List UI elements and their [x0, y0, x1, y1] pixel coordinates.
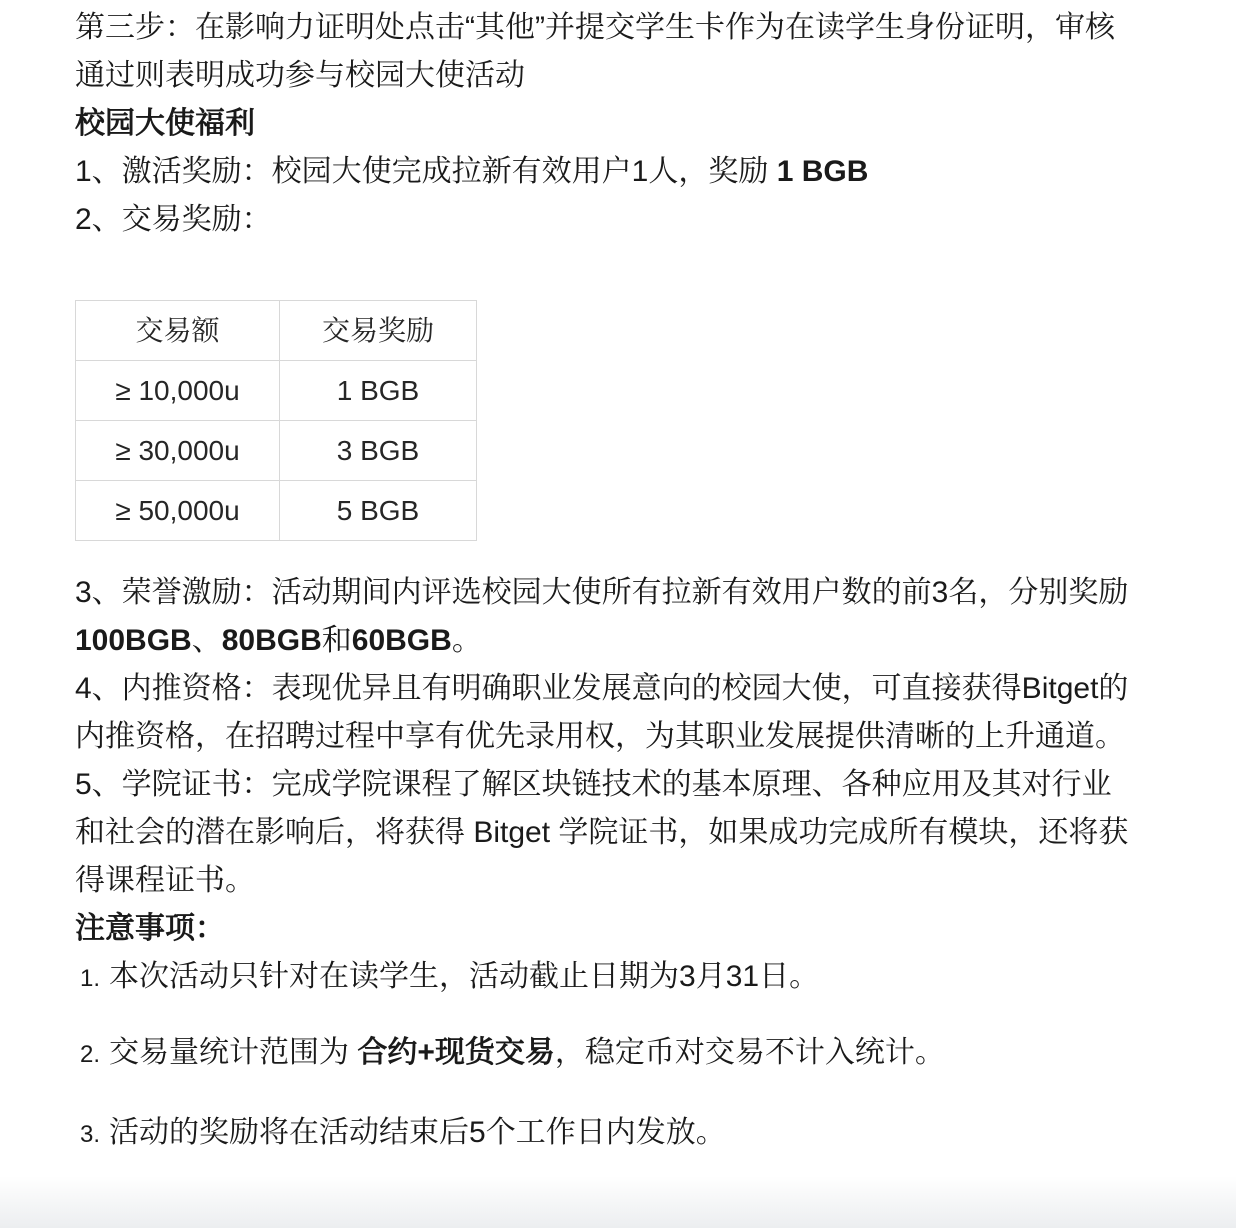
bold-text: 80BGB — [222, 624, 322, 657]
note-item-2: 2.交易量统计范围为 合约+现货交易，稳定币对交易不计入统计。 — [75, 1029, 1140, 1079]
bold-text: 1 BGB — [777, 155, 869, 188]
text: 和 — [322, 624, 352, 657]
paragraph-step3: 第三步：在影响力证明处点击“其他”并提交学生卡作为在读学生身份证明，审核通过则表… — [75, 4, 1140, 100]
bottom-gradient — [0, 1176, 1236, 1228]
benefit-item-honor: 3、荣誉激励：活动期间内评选校园大使所有拉新有效用户数的前3名，分别奖励100B… — [75, 569, 1140, 665]
text: 本次活动只针对在读学生，活动截止日期为3月31日。 — [109, 960, 819, 993]
table-cell-reward: 1 BGB — [280, 361, 477, 421]
bold-text: 合约+现货交易 — [357, 1036, 555, 1069]
note-number: 3. — [80, 1111, 109, 1159]
text: 交易量统计范围为 — [109, 1036, 357, 1069]
text: ，稳定币对交易不计入统计。 — [555, 1036, 945, 1069]
table-row: ≥ 50,000u 5 BGB — [76, 481, 477, 541]
benefits-heading: 校园大使福利 — [75, 100, 1140, 148]
text: 1、激活奖励：校园大使完成拉新有效用户1人，奖励 — [75, 155, 777, 188]
note-text: 交易量统计范围为 合约+现货交易，稳定币对交易不计入统计。 — [109, 1036, 945, 1069]
benefit-item-referral: 4、内推资格：表现优异且有明确职业发展意向的校园大使，可直接获得Bitget的内… — [75, 665, 1140, 761]
text: 活动的奖励将在活动结束后5个工作日内发放。 — [109, 1116, 726, 1149]
table-cell-reward: 3 BGB — [280, 421, 477, 481]
document-body: 第三步：在影响力证明处点击“其他”并提交学生卡作为在读学生身份证明，审核通过则表… — [0, 0, 1236, 1159]
table-row: ≥ 30,000u 3 BGB — [76, 421, 477, 481]
text: 4、内推资格：表现优异且有明确职业发展意向的校园大使，可直接获得Bitget的内… — [75, 672, 1128, 753]
note-item-3: 3.活动的奖励将在活动结束后5个工作日内发放。 — [75, 1109, 1140, 1159]
text: 第三步：在影响力证明处点击“其他”并提交学生卡作为在读学生身份证明，审核通过则表… — [75, 11, 1115, 92]
text: 、 — [192, 624, 222, 657]
table-cell-volume: ≥ 10,000u — [76, 361, 280, 421]
note-number: 1. — [80, 955, 109, 1003]
trading-rewards-table-wrap: 交易额 交易奖励 ≥ 10,000u 1 BGB ≥ 30,000u 3 BGB… — [75, 300, 1140, 541]
table-cell-volume: ≥ 30,000u — [76, 421, 280, 481]
trading-rewards-table: 交易额 交易奖励 ≥ 10,000u 1 BGB ≥ 30,000u 3 BGB… — [75, 300, 477, 541]
note-text: 活动的奖励将在活动结束后5个工作日内发放。 — [109, 1116, 726, 1149]
table-header-row: 交易额 交易奖励 — [76, 301, 477, 361]
note-item-1: 1.本次活动只针对在读学生，活动截止日期为3月31日。 — [75, 953, 1140, 1003]
benefit-item-activation: 1、激活奖励：校园大使完成拉新有效用户1人，奖励 1 BGB — [75, 148, 1140, 196]
table-row: ≥ 10,000u 1 BGB — [76, 361, 477, 421]
benefit-item-certificate: 5、学院证书：完成学院课程了解区块链技术的基本原理、各种应用及其对行业和社会的潜… — [75, 761, 1140, 905]
bold-text: 100BGB — [75, 624, 192, 657]
text: 3、荣誉激励：活动期间内评选校园大使所有拉新有效用户数的前3名，分别奖励 — [75, 576, 1128, 609]
text: 。 — [452, 624, 482, 657]
benefit-item-trading: 2、交易奖励： — [75, 196, 1140, 244]
table-cell-volume: ≥ 50,000u — [76, 481, 280, 541]
table-cell-reward: 5 BGB — [280, 481, 477, 541]
table-header-reward: 交易奖励 — [280, 301, 477, 361]
notes-heading: 注意事项： — [75, 905, 1140, 953]
text: 5、学院证书：完成学院课程了解区块链技术的基本原理、各种应用及其对行业和社会的潜… — [75, 768, 1128, 897]
note-text: 本次活动只针对在读学生，活动截止日期为3月31日。 — [109, 960, 819, 993]
note-number: 2. — [80, 1031, 109, 1079]
text: 2、交易奖励： — [75, 203, 272, 236]
bold-text: 60BGB — [352, 624, 452, 657]
table-header-volume: 交易额 — [76, 301, 280, 361]
